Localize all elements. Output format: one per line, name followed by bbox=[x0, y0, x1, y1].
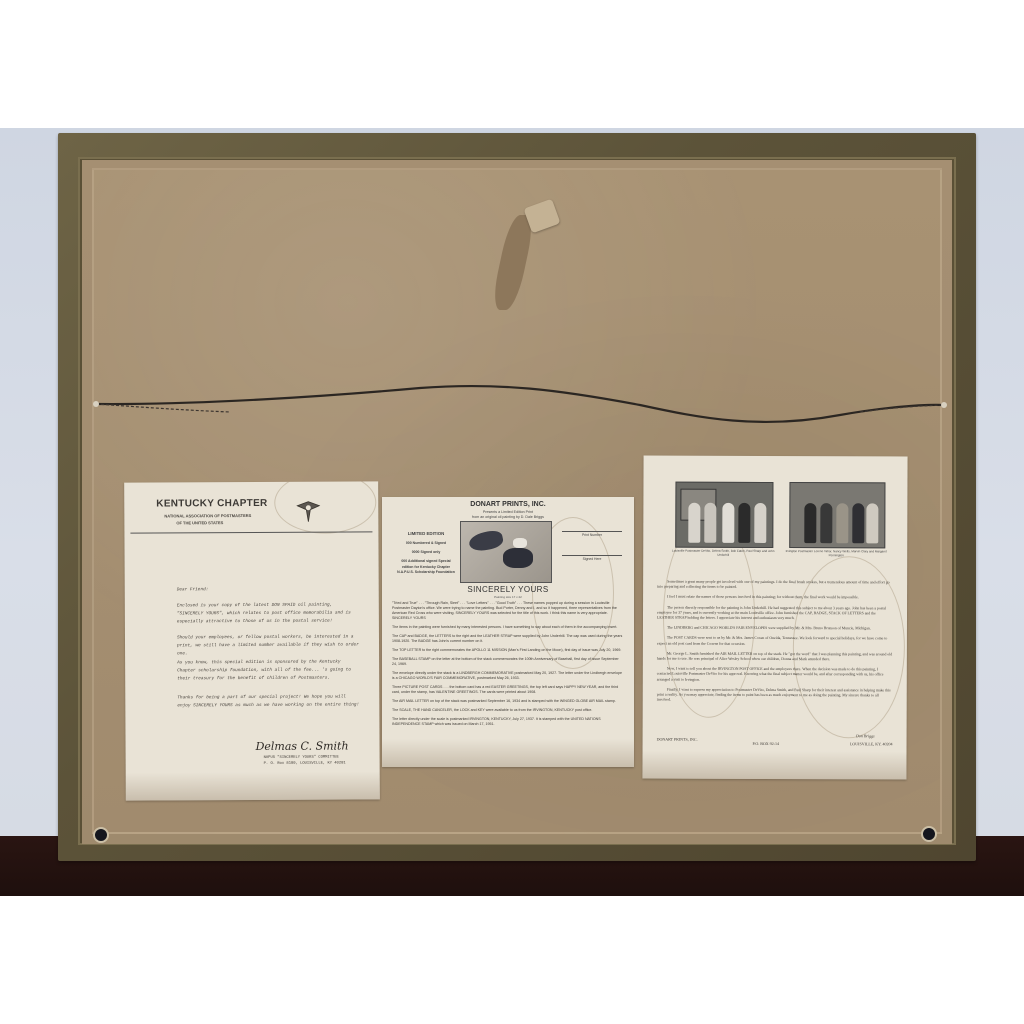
photo-irvington-office bbox=[789, 482, 885, 548]
notes-para: The LINDBERG and CHICAGO WORLD'S FAIR EN… bbox=[657, 626, 893, 632]
certificate-para: The AIR MAIL LETTER on top of the stack … bbox=[392, 699, 624, 704]
signature-address: P. O. Box 8180, LOUISVILLE, KY 40201 bbox=[264, 762, 346, 766]
footer-po-box: P.O. BOX 92-14 bbox=[753, 741, 779, 746]
certificate-para: The items in the painting were furnished… bbox=[392, 625, 624, 630]
notes-para: Mr. George L. Smith furnished the AIR MA… bbox=[657, 651, 893, 662]
edition-line-1: 000 Numbered & Signed bbox=[396, 541, 456, 547]
signature: Delmas C. Smith bbox=[256, 739, 349, 752]
notes-para: The person directly responsible for the … bbox=[657, 605, 893, 621]
photo-caption-1: Louisville Postmaster DeVito, Delma Smit… bbox=[671, 549, 775, 557]
certificate-para: The SCALE, THE HAND CANCELER, the LOCK a… bbox=[392, 708, 624, 713]
photo-louisville-office bbox=[675, 482, 773, 548]
notes-para: Finally, I want to express my appreciati… bbox=[657, 687, 893, 703]
footer-artist: Don Briggs bbox=[856, 733, 875, 738]
certificate-para: The BASEBALL STAMP on the letter at the … bbox=[392, 657, 624, 667]
letter-paragraph-2: Should your employees, or fellow postal … bbox=[177, 633, 359, 658]
certificate-para: Three PICTURE POST CARDS . . . the botto… bbox=[392, 685, 624, 695]
publisher-name: DONART PRINTS, INC. bbox=[382, 501, 634, 508]
notes-footer: DONART PRINTS, INC. P.O. BOX 92-14 Don B… bbox=[657, 737, 893, 738]
certificate-para: The letter directly under the scale is p… bbox=[392, 717, 624, 727]
letter-paragraph-4: Thanks for being a part of our special p… bbox=[177, 693, 359, 710]
certificate-para: The CAP and BADGE, the LETTERS to the ri… bbox=[392, 634, 624, 644]
edition-line-2: 0000 Signed only bbox=[396, 550, 456, 556]
signature-line bbox=[562, 555, 622, 556]
letterhead-title: KENTUCKY CHAPTER bbox=[156, 498, 267, 510]
postmasters-emblem-icon bbox=[296, 500, 320, 524]
letter-paragraph-3: As you know, this special edition is spo… bbox=[177, 658, 359, 683]
footer-city: LOUISVILLE, KY. 40204 bbox=[850, 741, 893, 746]
letter-salutation: Dear Friend: bbox=[177, 585, 359, 594]
photo-caption-2: Irvington Postmaster Lorene Tabor, Nancy… bbox=[785, 549, 887, 557]
edition-label: LIMITED EDITION bbox=[396, 531, 456, 537]
donart-print-certificate: DONART PRINTS, INC. Presents a Limited E… bbox=[382, 497, 634, 767]
signature-title: NAPUS "SINCERELY YOURS" COMMITTEE bbox=[264, 756, 339, 760]
publisher-subtitle-2: from an original oil painting by D. Dale… bbox=[382, 515, 634, 519]
painting-thumbnail bbox=[460, 521, 552, 583]
painting-size: Painting size 17 x 22 bbox=[382, 595, 634, 599]
edition-line-3: 000 Additional signed Special edition fo… bbox=[396, 559, 456, 576]
notes-para: I feel I must relate the names of those … bbox=[657, 595, 893, 601]
certificate-para: The TOP LETTER to the right commemorates… bbox=[392, 648, 624, 653]
kentucky-chapter-letter: KENTUCKY CHAPTER NATIONAL ASSOCIATION OF… bbox=[124, 481, 380, 800]
letter-paragraph-1: Enclosed is your copy of the latest DON … bbox=[177, 601, 359, 626]
certificate-body: "Tried and True" . . . "Through Rain, Sl… bbox=[392, 601, 624, 731]
signed-label: Signed Here bbox=[562, 557, 622, 561]
publisher-subtitle: Presents a Limited Edition Print bbox=[382, 510, 634, 514]
print-number-label: Print Number bbox=[562, 533, 622, 537]
letterhead-subtitle-2: OF THE UNITED STATES bbox=[176, 520, 223, 525]
letterhead-rule bbox=[130, 531, 372, 533]
painting-title: SINCERELY YOURS bbox=[382, 585, 634, 594]
letterhead-subtitle: NATIONAL ASSOCIATION OF POSTMASTERS bbox=[164, 513, 251, 518]
artist-notes-sheet: Louisville Postmaster DeVito, Delma Smit… bbox=[642, 456, 907, 780]
print-number-line bbox=[562, 531, 622, 532]
certificate-para: The envelope directly under the stack is… bbox=[392, 671, 624, 681]
notes-para: Now, I want to tell you about the IRVING… bbox=[657, 667, 893, 683]
footer-company: DONART PRINTS, INC. bbox=[657, 737, 698, 742]
notes-para: Sometimes a great many people get involv… bbox=[657, 580, 893, 591]
notes-body: Sometimes a great many people get involv… bbox=[657, 580, 893, 709]
certificate-para: "Tried and True" . . . "Through Rain, Sl… bbox=[392, 601, 624, 621]
notes-para: The POST CARDS were sent to us by Mr. & … bbox=[657, 636, 893, 647]
